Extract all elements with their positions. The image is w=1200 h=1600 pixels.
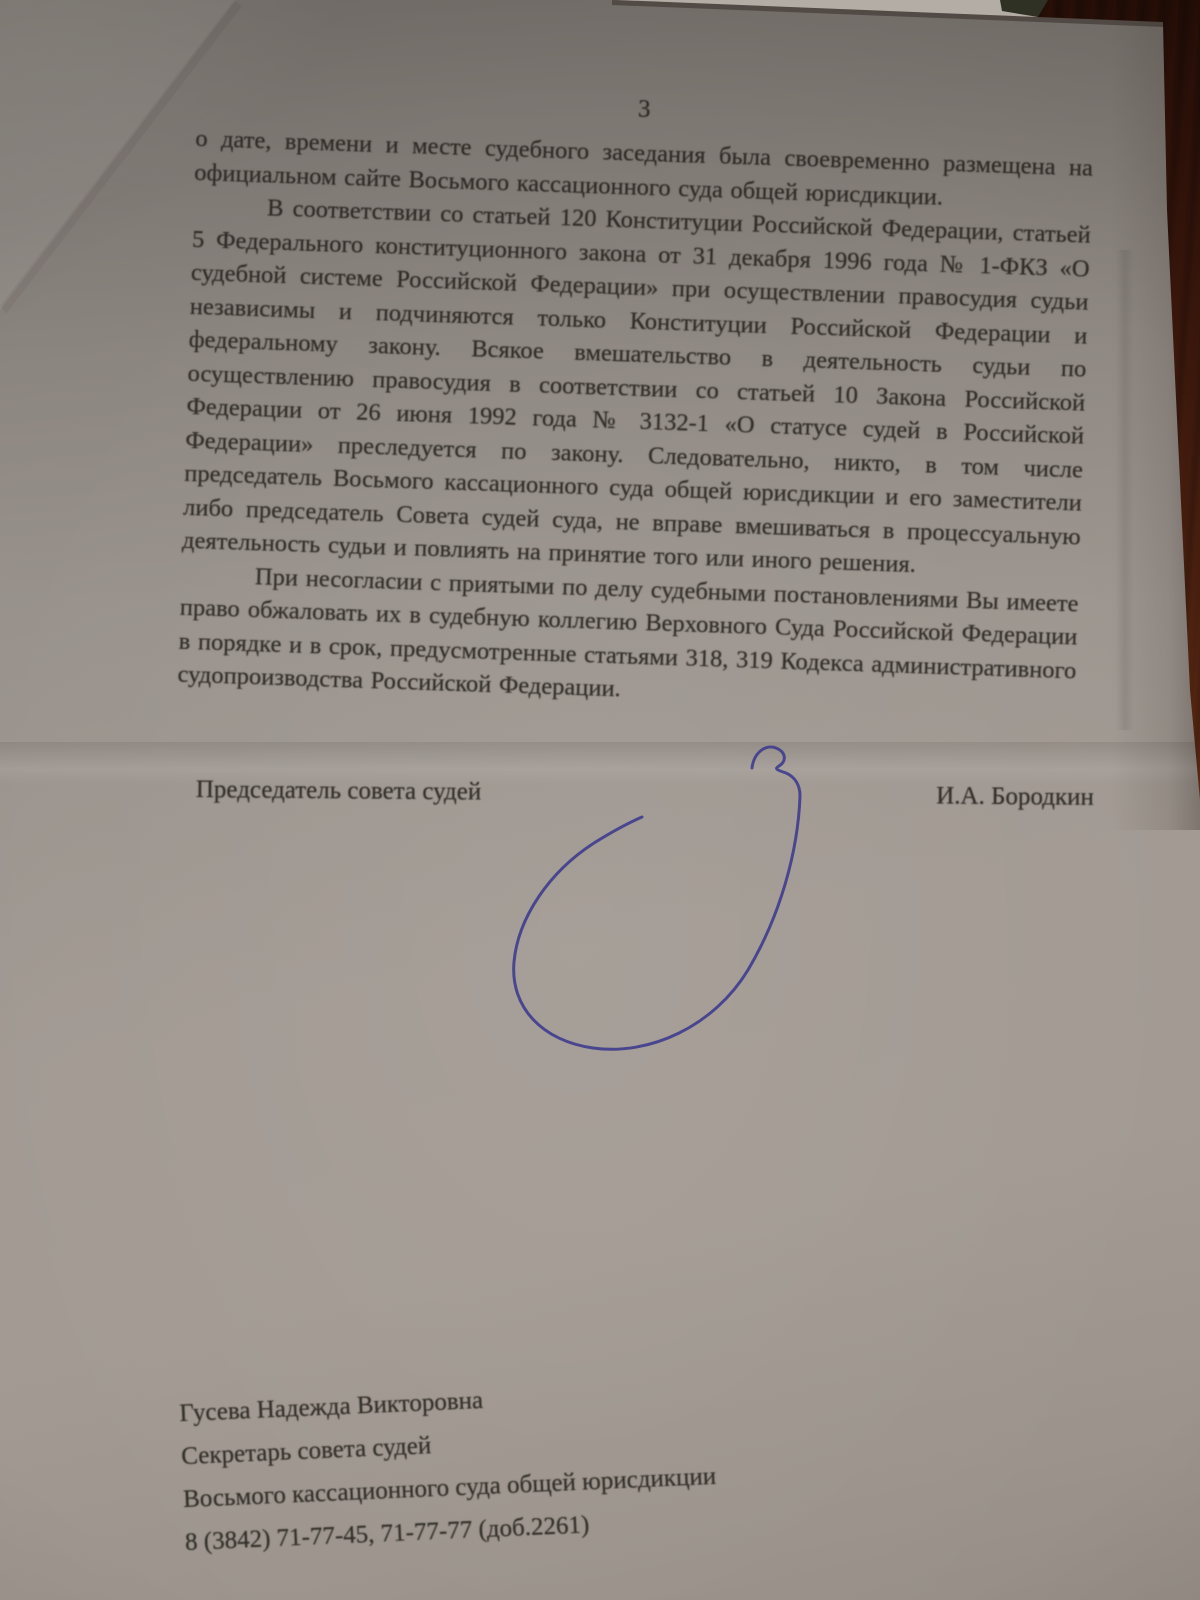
photo-of-document: 3 о дате, времени и месте судебного засе…	[0, 0, 1200, 1600]
contact-footer: Гусева Надежда Викторовна Секретарь сове…	[178, 1359, 945, 1564]
document-body: о дате, времени и месте судебного заседа…	[177, 122, 1093, 721]
paragraph: В соответствии со статьей 120 Конституци…	[182, 189, 1092, 587]
signatory-name: И.А. Бородкин	[936, 782, 1094, 811]
signatory-role-label: Председатель совета судей	[196, 776, 482, 806]
document-page: 3 о дате, времени и месте судебного засе…	[0, 0, 1200, 1600]
horizontal-crease	[0, 742, 1200, 784]
paragraph: При несогласии с приятыми по делу судебн…	[177, 557, 1079, 721]
